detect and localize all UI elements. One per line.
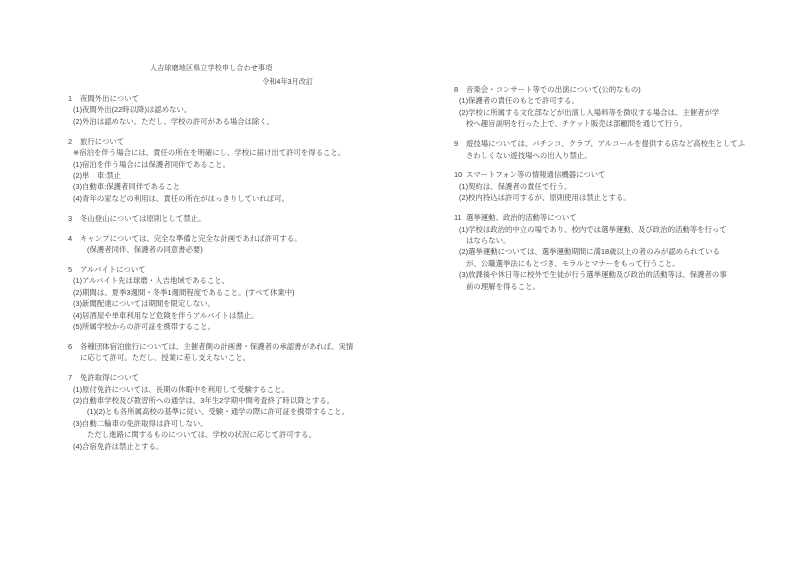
- section-heading-line: 5アルバイトについて: [68, 264, 378, 275]
- section-number: 3: [68, 213, 80, 224]
- document-title: 人吉球磨地区県立学校申し合わせ事項: [150, 63, 272, 73]
- line-text: スマートフォン等の情報通信機器について: [466, 170, 606, 179]
- section-line: ただし進路に関するものについては、学校の状況に応じて許可する。: [68, 429, 378, 440]
- section-line: (2)期間は、夏季3週間・冬季1週間程度であること。(すべて休業中): [68, 287, 378, 298]
- section-heading-line: 7免許取得について: [68, 372, 378, 383]
- line-text: アルバイトについて: [80, 265, 146, 274]
- section-line: (4)居酒屋や単車利用など危険を伴うアルバイトは禁止。: [68, 310, 378, 321]
- right-column: 8音楽会・コンサート等での出演について(公的なもの)(1)保護者の責任のもとで許…: [454, 84, 784, 301]
- line-text: 選挙運動、政治的活動等について: [466, 213, 577, 222]
- section-line: (2)単 車:禁止: [68, 170, 378, 181]
- section-heading-line: 2旅行について: [68, 136, 378, 147]
- line-text: 冬山登山については原則として禁止。: [80, 214, 206, 223]
- section-line: (保護者同伴、保護者の同意書必要): [68, 244, 378, 255]
- section-line: はならない。: [454, 235, 784, 246]
- section-line: (3)自動二輪車の免許取得は許可しない。: [68, 418, 378, 429]
- revision-date: 令和4年3月改訂: [262, 77, 313, 87]
- section-line: さわしくない遊技場への出入り禁止。: [454, 150, 784, 161]
- section: 8音楽会・コンサート等での出演について(公的なもの)(1)保護者の責任のもとで許…: [454, 84, 784, 130]
- section-heading-line: 9遊技場については、パチンコ、クラブ、アルコールを提供する店など高校生としてふ: [454, 138, 784, 149]
- line-text: 音楽会・コンサート等での出演について(公的なもの): [466, 85, 641, 94]
- section-number: 2: [68, 136, 80, 147]
- line-text: 旅行について: [80, 137, 124, 146]
- section-number: 10: [454, 169, 466, 180]
- section-line: (2)外泊は認めない。ただし、学校の許可がある場合は除く。: [68, 116, 378, 127]
- section-line: (1)学校は政治的中立の場であり、校内では選挙運動、及び政治的活動等を行って: [454, 224, 784, 235]
- section-heading-line: 8音楽会・コンサート等での出演について(公的なもの): [454, 84, 784, 95]
- section-number: 4: [68, 233, 80, 244]
- section-line: (3)放課後や休日等に校外で生徒が行う選挙運動及び政治的活動等は、保護者の事: [454, 269, 784, 280]
- section-number: 9: [454, 138, 466, 149]
- section: 11選挙運動、政治的活動等について(1)学校は政治的中立の場であり、校内では選挙…: [454, 212, 784, 292]
- section-line: (2)選挙運動については、選挙運動期間に満18歳以上の者のみが認められている: [454, 246, 784, 257]
- section-line: (1)保護者の責任のもとで許可する。: [454, 95, 784, 106]
- section-number: 5: [68, 264, 80, 275]
- section: 1夜間外出について(1)夜間外出(22時以降)は認めない。(2)外泊は認めない。…: [68, 93, 378, 127]
- section: 5アルバイトについて(1)アルバイト先は球磨・人吉地域であること。(2)期間は、…: [68, 264, 378, 332]
- document-page: 人吉球磨地区県立学校申し合わせ事項 令和4年3月改訂 1夜間外出について(1)夜…: [0, 0, 800, 566]
- section-line: (1)夜間外出(22時以降)は認めない。: [68, 104, 378, 115]
- section-heading-line: 11選挙運動、政治的活動等について: [454, 212, 784, 223]
- section-line: (1)契約は、保護者の責任で行う。: [454, 181, 784, 192]
- section: 9遊技場については、パチンコ、クラブ、アルコールを提供する店など高校生としてふさ…: [454, 138, 784, 161]
- section-line: (2)校内持込は許可するが、原則使用は禁止とする。: [454, 192, 784, 203]
- section-line: (3)自動車:保護者同伴であること: [68, 181, 378, 192]
- section-line: (4)青年の家などの利用は、責任の所在がはっきりしていれば可。: [68, 193, 378, 204]
- section-line: (5)所属学校からの許可証を携帯すること。: [68, 321, 378, 332]
- section-line: (2)自動車学校及び教習所への通学は、3年生2学期中間考査終了時以降とする。: [68, 395, 378, 406]
- section-line: が、公職選挙法にもとづき、モラルとマナーをもって行うこと。: [454, 258, 784, 269]
- section-line: (3)新聞配達については期間を限定しない。: [68, 298, 378, 309]
- section-line: (2)学校に所属する文化部などが出演し入場料等を徴収する場合は、主催者が学: [454, 107, 784, 118]
- section-line: (1)原付免許については、長期の休暇中を利用して受験すること。: [68, 384, 378, 395]
- section-number: 6: [68, 341, 80, 352]
- section-line: (1)宿泊を伴う場合には保護者同伴であること。: [68, 159, 378, 170]
- line-text: 免許取得について: [80, 373, 139, 382]
- section-number: 1: [68, 93, 80, 104]
- section-line: (1)アルバイト先は球磨・人吉地域であること。: [68, 275, 378, 286]
- section-line: 校へ趣旨説明を行った上で、チケット販売は部顧問を通じて行う。: [454, 118, 784, 129]
- section-heading-line: 6各種団体宿泊旅行については、主催者側の計画書・保護者の承認書があれば、実情: [68, 341, 378, 352]
- section: 10スマートフォン等の情報通信機器について(1)契約は、保護者の責任で行う。(2…: [454, 169, 784, 203]
- section-heading-line: 3冬山登山については原則として禁止。: [68, 213, 378, 224]
- left-column: 1夜間外出について(1)夜間外出(22時以降)は認めない。(2)外泊は認めない。…: [68, 93, 378, 460]
- line-text: 夜間外出について: [80, 94, 139, 103]
- section-line: 前の理解を得ること。: [454, 281, 784, 292]
- section: 3冬山登山については原則として禁止。: [68, 213, 378, 224]
- section-line: に応じて許可。ただし、授業に差し支えないこと。: [68, 352, 378, 363]
- section-heading-line: 10スマートフォン等の情報通信機器について: [454, 169, 784, 180]
- section-number: 7: [68, 372, 80, 383]
- section: 6各種団体宿泊旅行については、主催者側の計画書・保護者の承認書があれば、実情に応…: [68, 341, 378, 364]
- line-text: キャンプについては、完全な準備と完全な計画であれば許可する。: [80, 234, 302, 243]
- section-heading-line: 4キャンプについては、完全な準備と完全な計画であれば許可する。: [68, 233, 378, 244]
- section-line: (4)合宿免許は禁止とする。: [68, 441, 378, 452]
- section-line: (1)(2)とも各所属高校の基準に従い、受験・通学の際に許可証を携帯すること。: [68, 406, 378, 417]
- section-heading-line: 1夜間外出について: [68, 93, 378, 104]
- section-line: ※宿泊を伴う場合には、責任の所在を明確にし、学校に届け出て許可を得ること。: [68, 147, 378, 158]
- section-number: 8: [454, 84, 466, 95]
- section: 7免許取得について(1)原付免許については、長期の休暇中を利用して受験すること。…: [68, 372, 378, 452]
- line-text: 遊技場については、パチンコ、クラブ、アルコールを提供する店など高校生としてふ: [466, 139, 745, 148]
- section: 2旅行について※宿泊を伴う場合には、責任の所在を明確にし、学校に届け出て許可を得…: [68, 136, 378, 204]
- section: 4キャンプについては、完全な準備と完全な計画であれば許可する。(保護者同伴、保護…: [68, 233, 378, 256]
- line-text: 各種団体宿泊旅行については、主催者側の計画書・保護者の承認書があれば、実情: [80, 342, 353, 351]
- section-number: 11: [454, 212, 466, 223]
